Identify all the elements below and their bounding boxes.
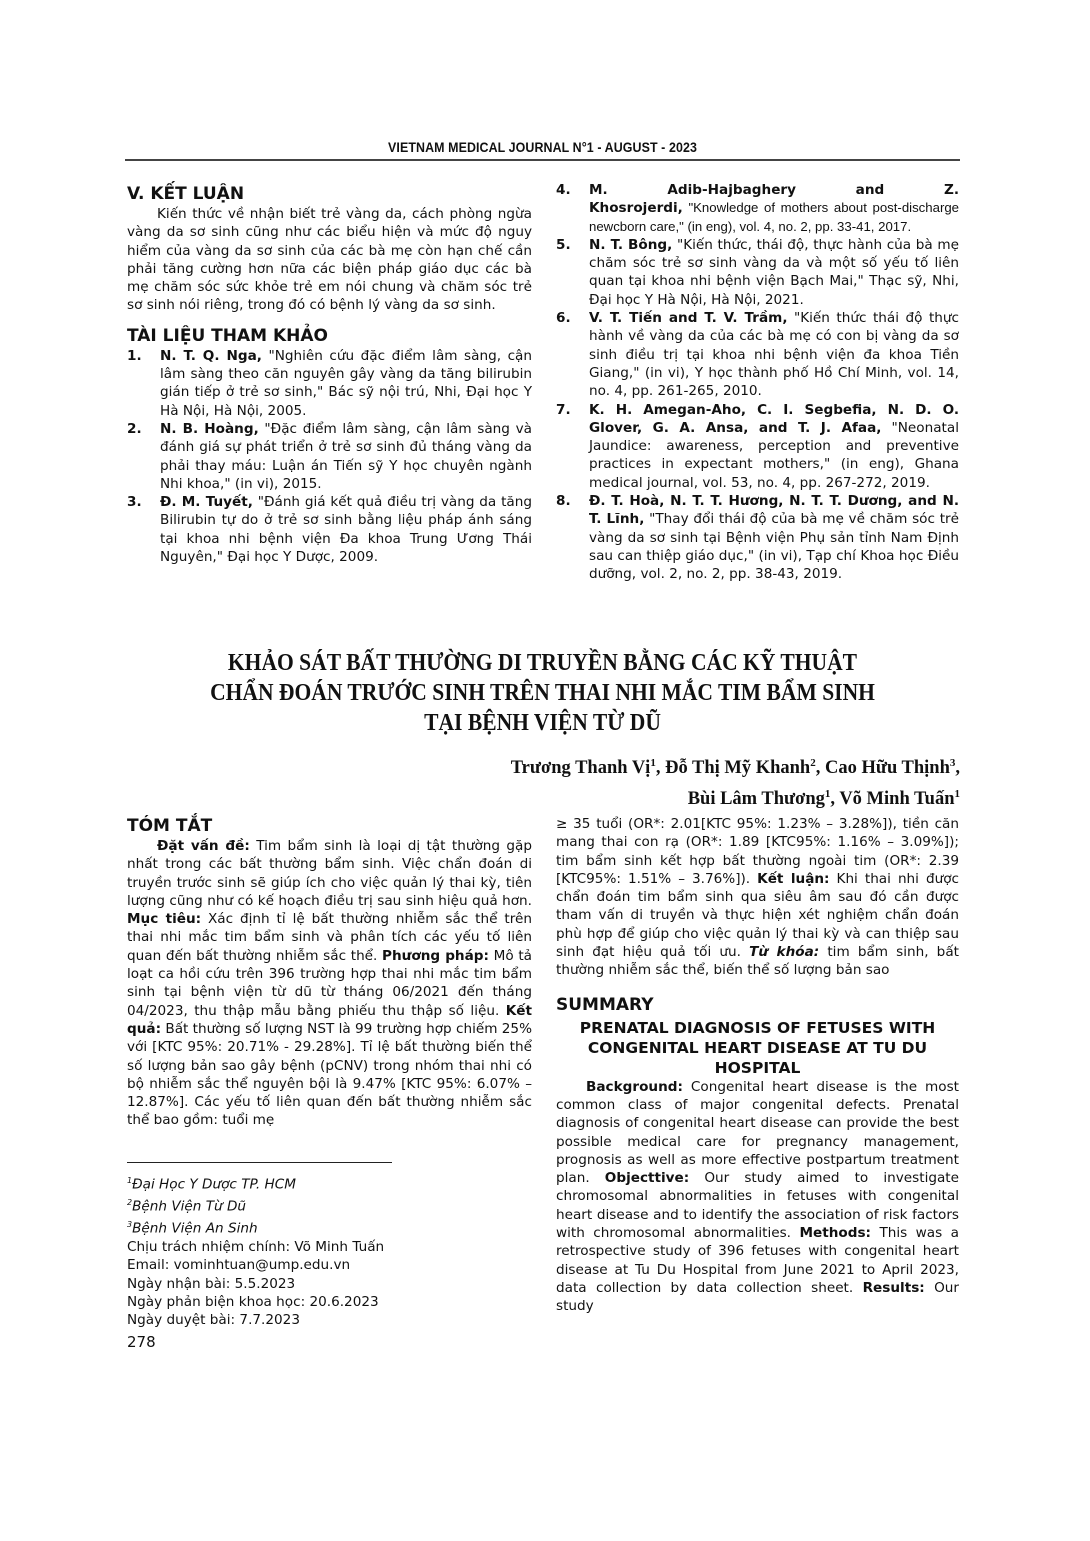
author-line-1: Trương Thanh Vị1, Đỗ Thị Mỹ Khanh2, Cao … bbox=[360, 750, 960, 781]
footnote-rule bbox=[127, 1162, 392, 1163]
header-rule bbox=[125, 159, 960, 161]
conclusion-heading: V. KẾT LUẬN bbox=[127, 183, 532, 205]
label-objective: Mục tiêu: bbox=[127, 911, 201, 927]
reference-number: 8. bbox=[556, 492, 571, 510]
abstract-vi-heading: TÓM TẮT bbox=[127, 815, 532, 837]
affiliation-2: 2Bệnh Viện Từ Dũ bbox=[127, 1194, 532, 1216]
author-name: Bùi Lâm Thương bbox=[688, 789, 825, 809]
reference-item-1: 1.N. T. Q. Nga, "Nghiên cứu đặc điểm lâm… bbox=[127, 347, 532, 420]
reference-authors: N. T. Bông, bbox=[589, 237, 672, 253]
running-header: VIETNAM MEDICAL JOURNAL N°1 - AUGUST - 2… bbox=[158, 140, 926, 155]
summary-article-title: PRENATAL DIAGNOSIS OF FETUSES WITH CONGE… bbox=[556, 1018, 959, 1078]
reference-authors: N. T. Q. Nga, bbox=[160, 348, 262, 364]
corresponding-author: Chịu trách nhiệm chính: Võ Minh Tuấn bbox=[127, 1238, 532, 1256]
journal-page: VIETNAM MEDICAL JOURNAL N°1 - AUGUST - 2… bbox=[0, 0, 1090, 1541]
text-results: Bất thường số lượng NST là 99 trường hợp… bbox=[127, 1021, 532, 1128]
reference-list-right: 4.M. Adib-Hajbaghery and Z. Khosrojerdi,… bbox=[556, 181, 959, 584]
reference-number: 2. bbox=[127, 420, 142, 438]
author-name: Đỗ Thị Mỹ Khanh bbox=[665, 758, 810, 778]
reference-authors: V. T. Tiến and T. V. Trầm, bbox=[589, 310, 787, 326]
reference-item-8: 8.Đ. T. Hoà, N. T. T. Hương, N. T. T. Dư… bbox=[556, 492, 959, 583]
label-background-en: Background: bbox=[586, 1079, 683, 1095]
author-separator: , bbox=[955, 758, 960, 778]
author-name: Võ Minh Tuấn bbox=[839, 789, 954, 809]
reference-item-2: 2.N. B. Hoàng, "Đặc điểm lâm sàng, cận l… bbox=[127, 420, 532, 493]
article-title-line: TẠI BỆNH VIỆN TỪ DŨ bbox=[175, 708, 910, 738]
author-separator: , bbox=[656, 758, 665, 778]
reference-list-left: 1.N. T. Q. Nga, "Nghiên cứu đặc điểm lâm… bbox=[127, 347, 532, 567]
reference-item-5: 5.N. T. Bông, "Kiến thức, thái độ, thực … bbox=[556, 236, 959, 309]
page-number: 278 bbox=[127, 1333, 156, 1351]
abstract-continued: ≥ 35 tuổi (OR*: 2.01[KTC 95%: 1.23% – 3.… bbox=[556, 815, 959, 1316]
reference-body: "Thay đổi thái độ của bà mẹ về chăm sóc … bbox=[589, 511, 959, 582]
article-title: KHẢO SÁT BẤT THƯỜNG DI TRUYỀN BẰNG CÁC K… bbox=[175, 648, 910, 738]
author-separator: , bbox=[816, 758, 825, 778]
reference-number: 6. bbox=[556, 309, 571, 327]
affiliation-text: Đại Học Y Dược TP. HCM bbox=[132, 1177, 296, 1193]
author-name: Trương Thanh Vị bbox=[511, 758, 651, 778]
affiliation-3: 3Bệnh Viện An Sinh bbox=[127, 1216, 532, 1238]
affiliation-1: 1Đại Học Y Dược TP. HCM bbox=[127, 1172, 532, 1194]
email: Email: vominhtuan@ump.edu.vn bbox=[127, 1256, 532, 1274]
reference-item-4: 4.M. Adib-Hajbaghery and Z. Khosrojerdi,… bbox=[556, 181, 959, 236]
reference-authors: N. B. Hoàng, bbox=[160, 421, 259, 437]
reference-number: 3. bbox=[127, 493, 142, 511]
conclusion-section: V. KẾT LUẬN Kiến thức về nhận biết trẻ v… bbox=[127, 183, 532, 566]
affiliation-text: Bệnh Viện An Sinh bbox=[132, 1220, 258, 1236]
affiliation-text: Bệnh Viện Từ Dũ bbox=[132, 1198, 246, 1214]
date-received: Ngày nhận bài: 5.5.2023 bbox=[127, 1275, 532, 1293]
article-title-line: CHẨN ĐOÁN TRƯỚC SINH TRÊN THAI NHI MẮC T… bbox=[175, 678, 910, 708]
date-accepted: Ngày duyệt bài: 7.7.2023 bbox=[127, 1311, 532, 1329]
author-line-2: Bùi Lâm Thương1, Võ Minh Tuấn1 bbox=[360, 781, 960, 812]
label-methods-en: Methods: bbox=[799, 1225, 871, 1241]
conclusion-text: Kiến thức về nhận biết trẻ vàng da, cách… bbox=[127, 205, 532, 315]
summary-body: Background: Congenital heart disease is … bbox=[556, 1078, 959, 1316]
abstract-vi-body-cont: ≥ 35 tuổi (OR*: 2.01[KTC 95%: 1.23% – 3.… bbox=[556, 815, 959, 980]
label-background: Đặt vấn đề: bbox=[157, 838, 250, 854]
article-title-line: KHẢO SÁT BẤT THƯỜNG DI TRUYỀN BẰNG CÁC K… bbox=[175, 648, 910, 678]
abstract-vi: TÓM TẮT Đặt vấn đề: Tim bẩm sinh là loại… bbox=[127, 815, 532, 1130]
label-methods: Phương pháp: bbox=[382, 948, 489, 964]
reference-item-7: 7.K. H. Amegan-Aho, C. I. Segbefia, N. D… bbox=[556, 401, 959, 492]
label-objective-en: Objecttive: bbox=[605, 1170, 689, 1186]
summary-heading: SUMMARY bbox=[556, 994, 959, 1016]
reference-authors: Đ. M. Tuyết, bbox=[160, 494, 253, 510]
label-conclusion: Kết luận: bbox=[757, 871, 829, 887]
reference-list-right-wrap: 4.M. Adib-Hajbaghery and Z. Khosrojerdi,… bbox=[556, 181, 959, 584]
references-heading: TÀI LIỆU THAM KHẢO bbox=[127, 325, 532, 347]
abstract-vi-body: Đặt vấn đề: Tim bẩm sinh là loại dị tật … bbox=[127, 837, 532, 1130]
reference-number: 7. bbox=[556, 401, 571, 419]
author-name: Cao Hữu Thịnh bbox=[825, 758, 950, 778]
author-separator: , bbox=[830, 789, 839, 809]
affiliation-marker: 1 bbox=[955, 788, 961, 800]
reference-item-3: 3.Đ. M. Tuyết, "Đánh giá kết quả điều tr… bbox=[127, 493, 532, 566]
reference-number: 1. bbox=[127, 347, 142, 365]
reference-item-6: 6.V. T. Tiến and T. V. Trầm, "Kiến thức … bbox=[556, 309, 959, 400]
reference-number: 5. bbox=[556, 236, 571, 254]
label-results-en: Results: bbox=[863, 1280, 925, 1296]
author-list: Trương Thanh Vị1, Đỗ Thị Mỹ Khanh2, Cao … bbox=[360, 750, 960, 812]
footnotes: 1Đại Học Y Dược TP. HCM 2Bệnh Viện Từ Dũ… bbox=[127, 1172, 532, 1330]
label-keywords: Từ khóa: bbox=[749, 944, 819, 960]
date-reviewed: Ngày phản biện khoa học: 20.6.2023 bbox=[127, 1293, 532, 1311]
reference-number: 4. bbox=[556, 181, 571, 199]
